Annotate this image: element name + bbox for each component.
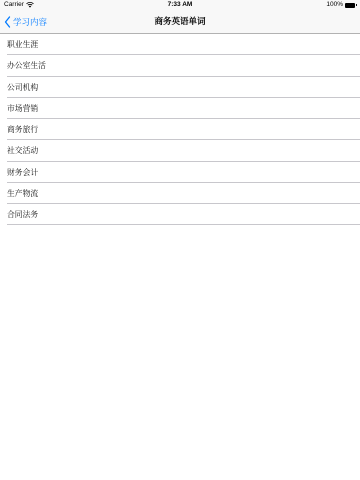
chevron-left-icon	[4, 16, 11, 28]
clock: 7:33 AM	[0, 0, 360, 10]
list-item-label: 公司机构	[7, 77, 350, 98]
list-item-label: 市场营销	[7, 98, 350, 119]
list-item-label: 社交活动	[7, 140, 350, 161]
page-title: 商务英语单词	[60, 10, 300, 33]
list-item-label: 办公室生活	[7, 55, 350, 76]
category-list: 职业生涯 办公室生活 公司机构 市场营销 商务旅行 社交活动 财务会计 生产物	[0, 34, 360, 225]
list-item-company-organization[interactable]: 公司机构	[0, 77, 360, 98]
list-item-finance-accounting[interactable]: 财务会计	[0, 162, 360, 183]
navigation-bar: 商务英语单词 学习内容	[0, 10, 360, 34]
status-right: 100%	[326, 0, 357, 10]
list-item-label: 合同法务	[7, 204, 350, 225]
separator	[7, 224, 360, 225]
list-item-production-logistics[interactable]: 生产物流	[0, 183, 360, 204]
battery-icon	[345, 2, 357, 8]
back-button-label: 学习内容	[13, 16, 47, 28]
list-item-label: 职业生涯	[7, 34, 350, 55]
list-item-marketing[interactable]: 市场营销	[0, 98, 360, 119]
list-item-contract-legal[interactable]: 合同法务	[0, 204, 360, 225]
list-item-label: 财务会计	[7, 162, 350, 183]
app-screen: Carrier 7:33 AM 100% 商务英语单词	[0, 0, 360, 480]
list-item-label: 商务旅行	[7, 119, 350, 140]
list-item-business-travel[interactable]: 商务旅行	[0, 119, 360, 140]
status-bar: Carrier 7:33 AM 100%	[0, 0, 360, 10]
list-item-label: 生产物流	[7, 183, 350, 204]
back-button[interactable]: 学习内容	[4, 10, 47, 33]
list-item-career[interactable]: 职业生涯	[0, 34, 360, 55]
list-item-social-activities[interactable]: 社交活动	[0, 140, 360, 161]
list-item-office-life[interactable]: 办公室生活	[0, 55, 360, 76]
battery-percent-label: 100%	[326, 0, 343, 10]
